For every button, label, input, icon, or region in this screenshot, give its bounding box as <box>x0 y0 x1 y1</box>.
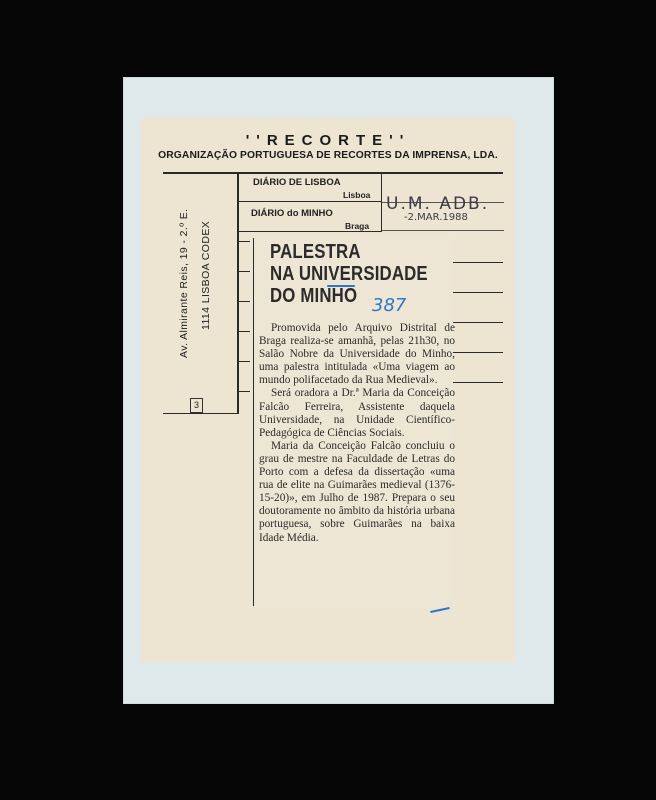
article-paragraph: Maria da Conceição Falcão concluiu o gra… <box>259 440 455 545</box>
handwritten-number: 387 <box>372 295 406 316</box>
source-row-rule <box>382 230 504 231</box>
form-bottom-rule <box>163 413 239 414</box>
form-tick <box>453 292 503 293</box>
article-edge <box>253 238 254 606</box>
archive-date-stamp: -2.MAR.1988 <box>404 212 468 223</box>
headline-line: PALESTRA <box>270 241 426 263</box>
page-number-box: 3 <box>190 398 203 413</box>
address-line-2: 1114 LISBOA CODEX <box>200 221 212 330</box>
header-rule <box>163 172 503 174</box>
form-divider <box>237 172 239 414</box>
form-tick <box>453 352 503 353</box>
article-paragraph: Promovida pelo Arquivo Distrital de Brag… <box>259 322 455 387</box>
form-tick <box>453 322 503 323</box>
article-paragraph: Será oradora a Dr.ª Maria da Conceição F… <box>259 387 455 439</box>
source-city: Lisboa <box>343 190 370 200</box>
source-name: DIÁRIO do MINHO <box>251 208 333 219</box>
pen-underline <box>327 285 355 287</box>
source-name: DIÁRIO DE LISBOA <box>253 177 341 188</box>
agency-title: ''RECORTE'' <box>0 132 656 149</box>
form-tick <box>453 382 503 383</box>
source-city: Braga <box>345 221 369 231</box>
archive-stamp: U.M. ADB. <box>386 194 489 214</box>
agency-subtitle: ORGANIZAÇÃO PORTUGUESA DE RECORTES DA IM… <box>0 150 656 161</box>
source-row-rule <box>239 201 381 202</box>
form-tick <box>453 262 503 263</box>
headline-line: NA UNIVERSIDADE <box>270 263 426 285</box>
address-line-1: Av. Almirante Reis, 19 - 2.º E. <box>178 209 190 358</box>
article-body: Promovida pelo Arquivo Distrital de Brag… <box>259 322 455 545</box>
source-row-rule <box>239 231 381 232</box>
